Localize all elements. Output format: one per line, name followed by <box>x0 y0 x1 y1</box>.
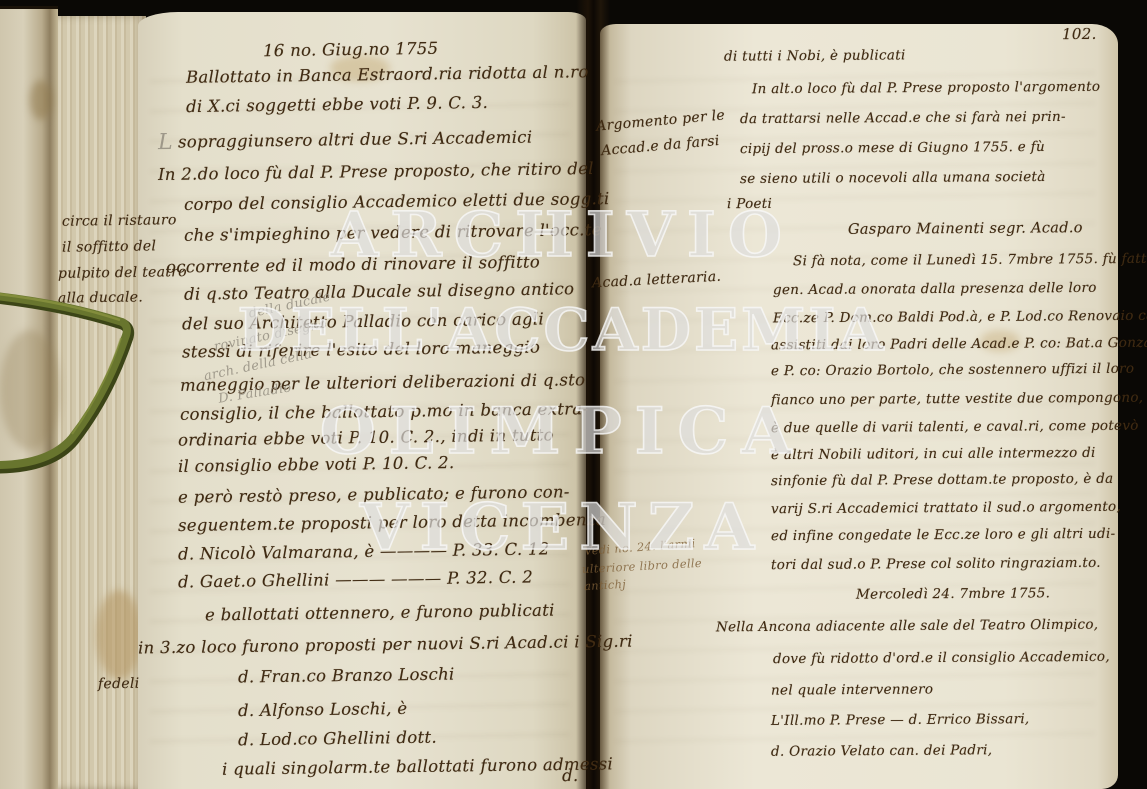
manuscript-text-line: assistiti dai loro Padri delle Acad.e P.… <box>771 335 1147 354</box>
manuscript-text-line: d. Fran.co Branzo Loschi <box>238 664 455 686</box>
manuscript-text-line: varij S.ri Accademici trattato il sud.o … <box>771 499 1121 517</box>
date-heading: Mercoledì 24. 7mbre 1755. <box>856 585 1050 602</box>
manuscript-text-line: Ecc.ze P. Dom.co Baldi Pod.à, e P. Lod.c… <box>773 308 1147 327</box>
manuscript-text-line: tori dal sud.o P. Prese col solito ringr… <box>771 555 1101 573</box>
margin-note: il soffitto del <box>62 238 156 255</box>
manuscript-text-line: d. Lod.co Ghellini dott. <box>238 728 437 750</box>
manuscript-text-line: i Poeti <box>727 196 772 212</box>
manuscript-photo: 16 no. Giug.no 1755Ballottato in Banca E… <box>0 0 1147 789</box>
manuscript-text-line: di tutti i Nobi, è publicati <box>724 47 906 64</box>
page-number: 102. <box>1062 25 1097 43</box>
catchword: d. <box>562 766 579 785</box>
pencil-mark: L <box>158 130 173 155</box>
manuscript-text-line: se sieno utili o nocevoli alla umana soc… <box>740 169 1046 187</box>
manuscript-text-line: e P. co: Orazio Bortolo, che sostennero … <box>771 361 1134 380</box>
manuscript-text-line: d. Orazio Velato can. dei Padri, <box>771 742 992 760</box>
manuscript-text-line: In alt.o loco fù dal P. Prese proposto l… <box>752 79 1100 97</box>
manuscript-text-line: è due quelle di varii talenti, e caval.r… <box>771 418 1139 437</box>
manuscript-text-line: Nella Ancona adiacente alle sale del Tea… <box>716 617 1098 636</box>
ribbon-bookmark <box>0 278 186 498</box>
manuscript-text-line: Si fà nota, come il Lunedì 15. 7mbre 175… <box>793 251 1147 270</box>
manuscript-text-line: fianco uno per parte, tutte vestite due … <box>771 390 1143 409</box>
margin-note: fedeli <box>98 676 140 693</box>
paper-stain <box>96 590 142 680</box>
signature: Gasparo Mainenti segr. Acad.o <box>848 220 1083 238</box>
manuscript-text-line: è altri Nobili uditori, in cui alle inte… <box>771 445 1096 463</box>
manuscript-text-line: gen. Acad.a onorata dalla presenza delle… <box>773 280 1097 298</box>
manuscript-text-line: cipij del pross.o mese di Giugno 1755. e… <box>740 139 1045 157</box>
paper-stain <box>30 80 52 120</box>
manuscript-text-line: il consiglio ebbe voti P. 10. C. 2. <box>178 453 455 476</box>
date-heading: 16 no. Giug.no 1755 <box>263 39 439 60</box>
margin-note: antichj <box>584 577 627 593</box>
manuscript-text-line: nel quale intervennero <box>771 681 933 698</box>
manuscript-text-line: d. Alfonso Loschi, è <box>238 699 408 720</box>
manuscript-text-line: da trattarsi nelle Accad.e che si farà n… <box>740 109 1066 127</box>
manuscript-text-line: ed infine congedate le Ecc.ze loro e gli… <box>771 526 1116 544</box>
manuscript-text-line: dove fù ridotto d'ord.e il consiglio Acc… <box>773 649 1110 667</box>
manuscript-text-line: sinfonie fù dal P. Prese dottam.te propo… <box>771 471 1114 489</box>
margin-note: circa il ristauro <box>62 212 177 230</box>
manuscript-text-line: L'Ill.mo P. Prese — d. Errico Bissari, <box>771 711 1030 729</box>
